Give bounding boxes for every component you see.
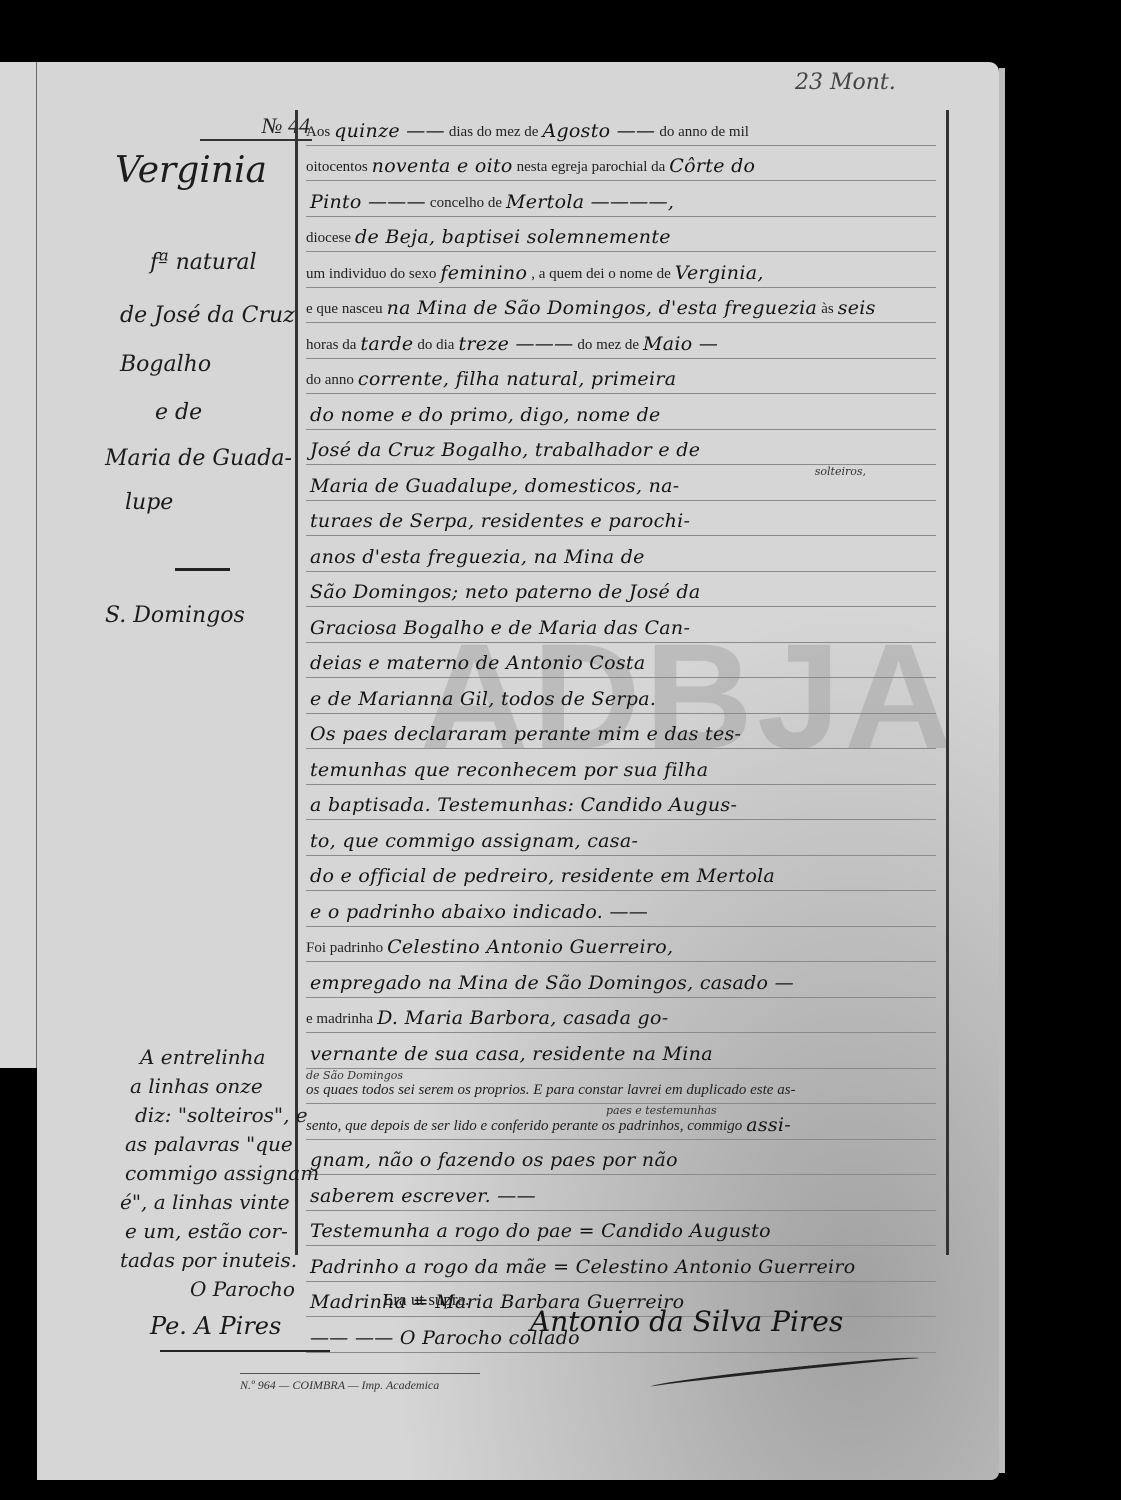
page-stack-edge [999, 68, 1005, 1473]
entry-line: vernante de sua casa, residente na Mina [306, 1033, 936, 1069]
handwritten-text: e o padrinho abaixo indicado. —— [306, 901, 652, 926]
entry-line: horas da tarde do dia treze ——— do mez d… [306, 323, 936, 359]
handwritten-text: Os paes declararam perante mim e das tes… [306, 723, 745, 748]
handwritten-text: na Mina de São Domingos, d'esta freguezi… [383, 297, 822, 322]
margin-divider [175, 568, 230, 571]
margin-signature-underline [160, 1350, 330, 1352]
entry-line: do anno corrente, filha natural, primeir… [306, 359, 936, 395]
entry-line: Testemunha a rogo do pae = Candido Augus… [306, 1211, 936, 1247]
interlinear-insertion: paes e testemunhas [606, 1104, 717, 1117]
entry-body: Aos quinze —— dias do mez de Agosto —— d… [306, 110, 936, 1353]
handwritten-text: Maio — [639, 333, 722, 358]
handwritten-text: assi- [742, 1114, 795, 1139]
handwritten-text: gnam, não o fazendo os paes por não [306, 1149, 682, 1174]
handwritten-text: de Beja, baptisei solemnemente [351, 226, 675, 251]
printed-text: nesta egreja parochial da [517, 159, 666, 180]
printed-text: diocese [306, 230, 351, 251]
handwritten-text: tarde [356, 333, 417, 358]
entry-line: saberem escrever. —— [306, 1175, 936, 1211]
margin-line: lupe [125, 490, 173, 515]
handwritten-text: turaes de Serpa, residentes e parochi- [306, 510, 694, 535]
entry-line: e madrinha D. Maria Barbora, casada go- [306, 998, 936, 1034]
entry-line: um individuo do sexo feminino, a quem de… [306, 252, 936, 288]
margin-line: e de [155, 400, 202, 425]
entry-line: to, que commigo assignam, casa- [306, 820, 936, 856]
printed-text: concelho de [430, 195, 502, 216]
printed-text: Foi padrinho [306, 940, 383, 961]
note-line: A entrelinha [100, 1045, 340, 1074]
handwritten-text: Pinto ——— [306, 191, 430, 216]
facing-page-edge [0, 62, 40, 1068]
entry-line: empregado na Mina de São Domingos, casad… [306, 962, 936, 998]
entry-line: Aos quinze —— dias do mez de Agosto —— d… [306, 110, 936, 146]
printed-text: do mez de [577, 337, 639, 358]
entry-line: oitocentos noventa e oito nesta egreja p… [306, 146, 936, 182]
handwritten-text: Testemunha a rogo do pae = Candido Augus… [306, 1220, 775, 1245]
entry-line: Pinto ——— concelho de Mertola ————, [306, 181, 936, 217]
printed-text: do dia [417, 337, 454, 358]
note-line: e um, estão cor- [100, 1219, 340, 1248]
margin-line: de José da Cruz [120, 303, 295, 328]
entry-line: Foi padrinho Celestino Antonio Guerreiro… [306, 927, 936, 963]
handwritten-text: anos d'esta freguezia, na Mina de [306, 546, 649, 571]
note-line: tadas por inuteis. [100, 1248, 340, 1277]
entry-line: sento, que depois de ser lido e conferid… [306, 1104, 936, 1140]
margin-signature: Pe. A Pires [150, 1312, 281, 1340]
note-line: diz: "solteiros", e [100, 1103, 340, 1132]
entry-line: São Domingos; neto paterno de José da [306, 572, 936, 608]
printed-text: os quaes todos sei serem os proprios. E … [306, 1082, 796, 1103]
handwritten-text: Verginia, [671, 262, 768, 287]
handwritten-text: feminino [436, 262, 531, 287]
handwritten-text: Mertola ————, [502, 191, 678, 216]
printed-text: e madrinha [306, 1011, 373, 1032]
handwritten-text: temunhas que reconhecem por sua filha [306, 759, 712, 784]
entry-line: os quaes todos sei serem os proprios. E … [306, 1069, 936, 1105]
margin-line: Maria de Guada- [105, 446, 292, 471]
handwritten-text: D. Maria Barbora, casada go- [373, 1007, 672, 1032]
entry-line: do nome e do primo, digo, nome de [306, 394, 936, 430]
entry-line: turaes de Serpa, residentes e parochi- [306, 501, 936, 537]
handwritten-text: Graciosa Bogalho e de Maria das Can- [306, 617, 694, 642]
handwritten-text: José da Cruz Bogalho, trabalhador e de [306, 439, 704, 464]
margin-line: fª natural [150, 250, 257, 275]
entry-line: e de Marianna Gil, todos de Serpa. [306, 678, 936, 714]
entry-line: Graciosa Bogalho e de Maria das Can- [306, 607, 936, 643]
entry-line: gnam, não o fazendo os paes por não [306, 1140, 936, 1176]
priest-signature: Antonio da Silva Pires [530, 1305, 843, 1338]
handwritten-text: Padrinho a rogo da mãe = Celestino Anton… [306, 1256, 860, 1281]
printed-text: Aos [306, 124, 330, 145]
handwritten-text: empregado na Mina de São Domingos, casad… [306, 972, 798, 997]
entry-line: a baptisada. Testemunhas: Candido Augus- [306, 785, 936, 821]
printed-text: do anno [306, 372, 354, 393]
note-line: é", a linhas vinte [100, 1190, 340, 1219]
entry-line: diocese de Beja, baptisei solemnemente [306, 217, 936, 253]
handwritten-text: do e official de pedreiro, residente em … [306, 865, 779, 890]
entry-line: e que nasceu na Mina de São Domingos, d'… [306, 288, 936, 324]
handwritten-text: Agosto —— [538, 120, 659, 145]
handwritten-text: quinze —— [330, 120, 449, 145]
margin-summary: Verginia fª natural de José da Cruz Boga… [55, 0, 295, 700]
handwritten-text: do nome e do primo, digo, nome de [306, 404, 665, 429]
handwritten-text: Maria de Guadalupe, domesticos, na- [306, 475, 684, 500]
entry-line: deias e materno de Antonio Costa [306, 643, 936, 679]
handwritten-text: noventa e oito [368, 155, 517, 180]
printed-text: um individuo do sexo [306, 266, 436, 287]
margin-line: Bogalho [120, 352, 211, 377]
entry-line: Maria de Guadalupe, domesticos, na-solte… [306, 465, 936, 501]
entry-line: temunhas que reconhecem por sua filha [306, 749, 936, 785]
entry-line: e o padrinho abaixo indicado. —— [306, 891, 936, 927]
note-line: commigo assignam [100, 1161, 340, 1190]
entry-line: Padrinho a rogo da mãe = Celestino Anton… [306, 1246, 936, 1282]
printed-text: do anno de mil [659, 124, 749, 145]
handwritten-text: corrente, filha natural, primeira [354, 368, 680, 393]
entry-line: Os paes declararam perante mim e das tes… [306, 714, 936, 750]
entry-line: do e official de pedreiro, residente em … [306, 856, 936, 892]
interlinear-insertion: solteiros, [815, 465, 866, 478]
note-line: a linhas onze [100, 1074, 340, 1103]
imprint-rule [240, 1373, 480, 1374]
top-annotation: 23 Mont. [795, 70, 896, 95]
note-line: O Parocho [100, 1277, 340, 1306]
printed-text: dias do mez de [449, 124, 539, 145]
handwritten-text: e de Marianna Gil, todos de Serpa. [306, 688, 660, 713]
era-ut-supra: Era ut supra. [383, 1290, 469, 1310]
handwritten-text: seis [834, 297, 880, 322]
printed-text: , a quem dei o nome de [531, 266, 671, 287]
margin-place: S. Domingos [105, 603, 245, 628]
margin-child-name: Verginia [115, 150, 267, 191]
handwritten-text: saberem escrever. —— [306, 1185, 540, 1210]
printer-imprint: N.º 964 — COIMBRA — Imp. Academica [240, 1378, 439, 1393]
note-line: as palavras "que [100, 1132, 340, 1161]
handwritten-text: Celestino Antonio Guerreiro, [383, 936, 677, 961]
printed-text: e que nasceu [306, 301, 383, 322]
entry-line: José da Cruz Bogalho, trabalhador e de [306, 430, 936, 466]
handwritten-text: Côrte do [665, 155, 759, 180]
handwritten-text: São Domingos; neto paterno de José da [306, 581, 705, 606]
handwritten-text: vernante de sua casa, residente na Mina [306, 1043, 717, 1068]
handwritten-text: treze ——— [454, 333, 577, 358]
margin-correction-note: A entrelinha a linhas onze diz: "solteir… [100, 1045, 340, 1306]
entry-line: anos d'esta freguezia, na Mina de [306, 536, 936, 572]
printed-text: às [821, 301, 834, 322]
printed-text: horas da [306, 337, 356, 358]
printed-text: sento, que depois de ser lido e conferid… [306, 1118, 742, 1139]
handwritten-text: a baptisada. Testemunhas: Candido Augus- [306, 794, 741, 819]
printed-text: oitocentos [306, 159, 368, 180]
handwritten-text: deias e materno de Antonio Costa [306, 652, 649, 677]
handwritten-text: to, que commigo assignam, casa- [306, 830, 642, 855]
